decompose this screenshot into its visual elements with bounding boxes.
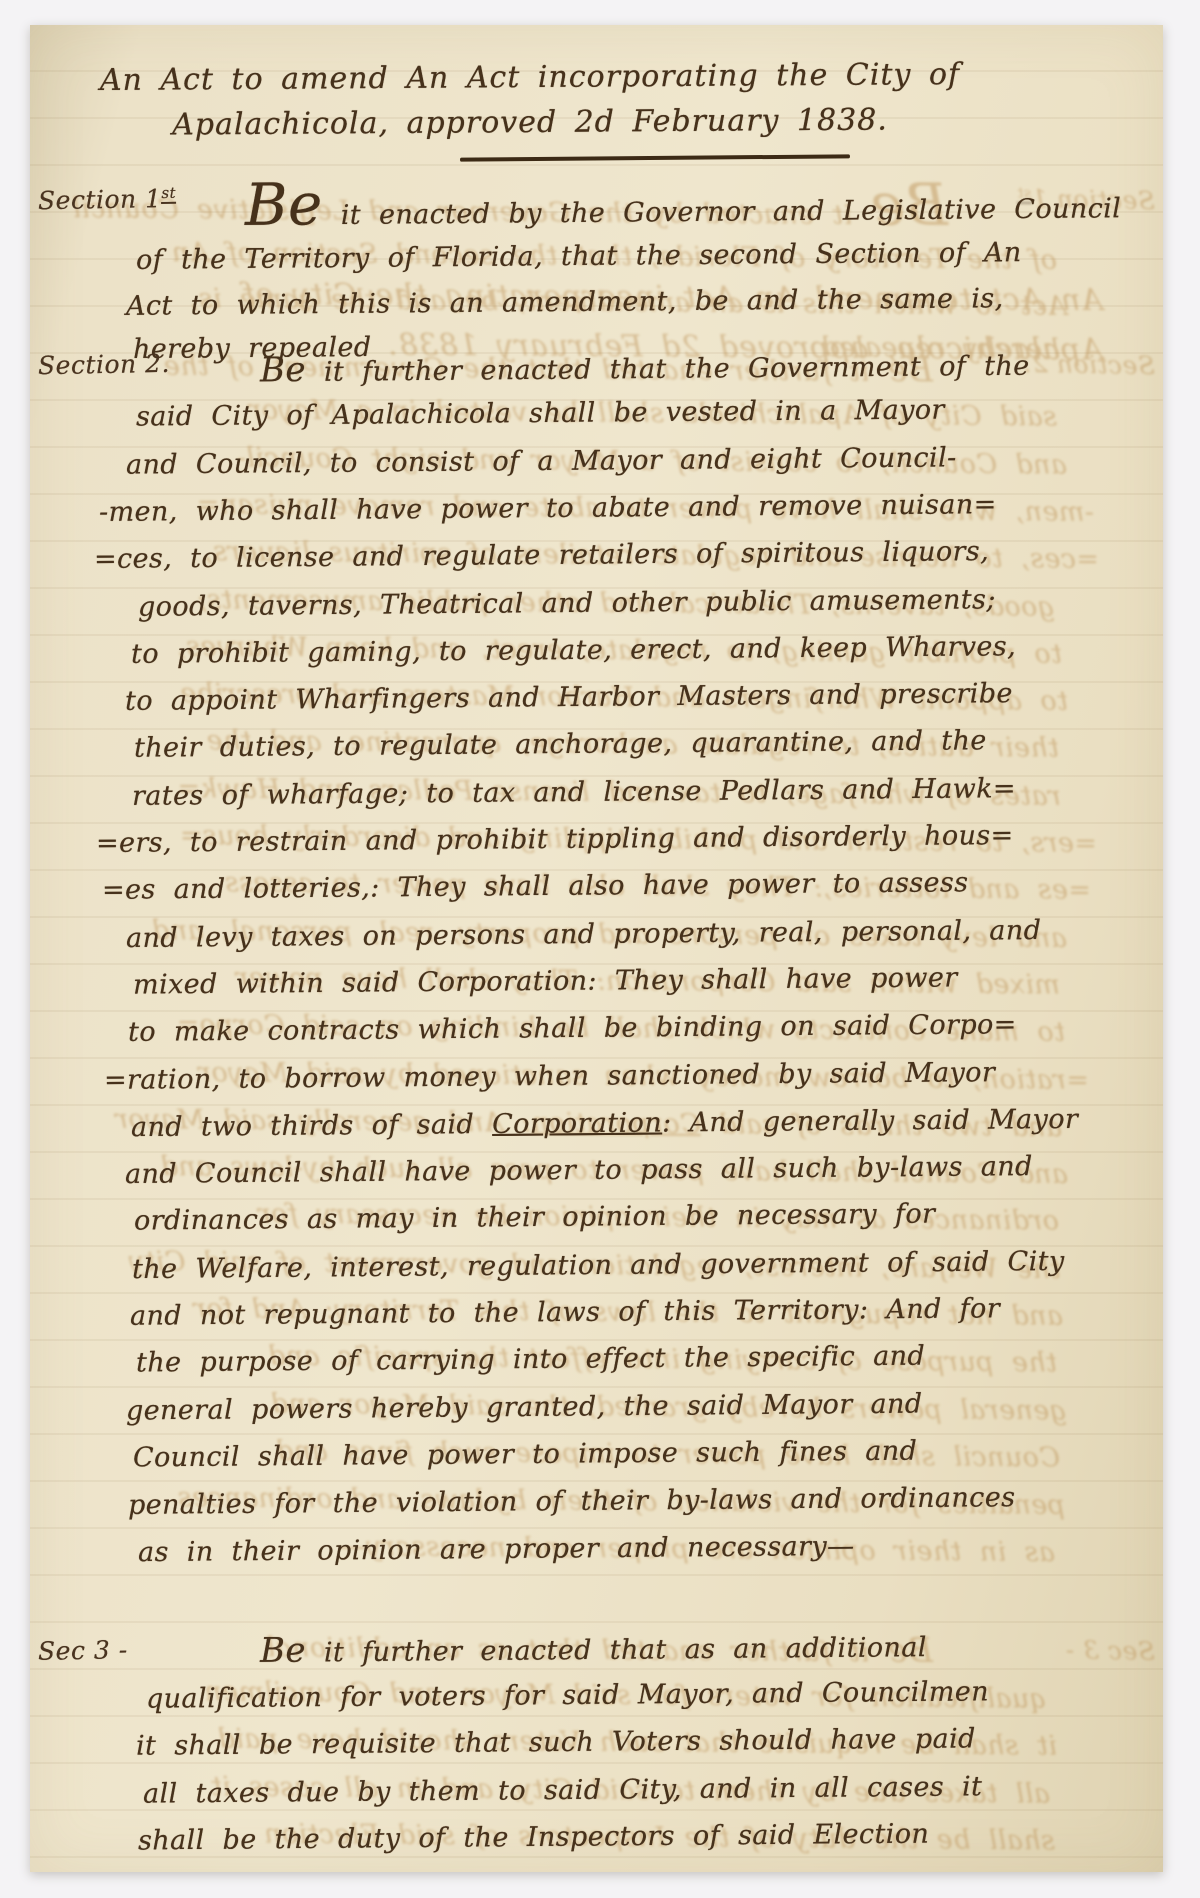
handwritten-line: Be it further enacted that as an additio…	[260, 1625, 927, 1674]
handwritten-line: of the Territory of Florida, that the se…	[136, 233, 1022, 281]
handwritten-line: it shall be requisite that such Voters s…	[136, 1719, 976, 1766]
title-line-2: Apalachicola, approved 2d February 1838.	[80, 97, 980, 148]
handwritten-line: the Welfare, interest, regulation and go…	[132, 1242, 1065, 1290]
document-title: An Act to amend An Act incorporating the…	[80, 55, 980, 145]
handwritten-line: and levy taxes on persons and property, …	[126, 911, 1042, 959]
scan-background: Section 1stBe it enacted by the Governor…	[0, 0, 1200, 1898]
title-line-1: An Act to amend An Act incorporating the…	[80, 52, 980, 103]
handwritten-line: and Council shall have power to pass all…	[125, 1147, 1033, 1195]
title-underline	[460, 154, 850, 161]
handwritten-line: and Council, to consist of a Mayor and e…	[126, 438, 957, 485]
flourished-initial: Be	[245, 170, 323, 239]
section-label: Section 1st	[38, 184, 177, 215]
handwritten-line: to make contracts which shall be binding…	[128, 1005, 1017, 1053]
handwritten-line: Council shall have power to impose such …	[133, 1431, 918, 1478]
handwritten-line: rates of wharfage; to tax and license Pe…	[132, 769, 1016, 817]
handwritten-line: =ces, to license and regulate retailers …	[94, 532, 989, 580]
handwritten-line: Be it further enacted that the Governmen…	[260, 344, 1030, 394]
handwritten-line: and two thirds of said Corporation: And …	[131, 1100, 1079, 1148]
handwritten-line: general powers hereby granted, the said …	[126, 1384, 923, 1431]
handwritten-line: said City of Apalachicola shall be veste…	[136, 391, 945, 438]
handwritten-line: qualification for voters for said Mayor,…	[146, 1672, 989, 1719]
section-label: Sec 3 -	[38, 1635, 128, 1666]
section-label: Sec 3 -	[1065, 1635, 1155, 1666]
handwritten-line: =ration, to borrow money when sanctioned…	[104, 1053, 996, 1101]
flourished-initial: Be	[260, 1631, 306, 1671]
handwritten-line: their duties, to regulate anchorage, qua…	[134, 722, 987, 769]
handwritten-line: the purpose of carrying into effect the …	[136, 1337, 925, 1384]
handwritten-line: to appoint Wharfingers and Harbor Master…	[125, 674, 1013, 722]
handwritten-line: goods, taverns, Theatrical and other pub…	[138, 580, 996, 627]
flourished-initial: Be	[260, 350, 306, 390]
handwritten-line: to prohibit gaming, to regulate, erect, …	[131, 627, 1016, 675]
section-label: Section 2.	[38, 349, 170, 380]
handwritten-line: as in their opinion are proper and neces…	[138, 1526, 855, 1572]
handwritten-line: and not repugnant to the laws of this Te…	[130, 1289, 1000, 1337]
manuscript-paper: Section 1stBe it enacted by the Governor…	[30, 25, 1163, 1872]
handwritten-line: -men, who shall have power to abate and …	[99, 485, 997, 533]
handwritten-line: penalties for the violation of their by-…	[128, 1478, 1016, 1526]
section-label: Section 2.	[1023, 349, 1155, 380]
handwritten-line: all taxes due by them to said City, and …	[143, 1767, 983, 1814]
handwritten-line: ordinances as may in their opinion be ne…	[134, 1195, 936, 1242]
handwritten-line: shall be the duty of the Inspectors of s…	[138, 1815, 930, 1862]
handwritten-line: mixed within said Corporation: They shal…	[133, 958, 958, 1005]
handwritten-line: Act to which this is an amendment, be an…	[126, 279, 1004, 327]
handwritten-line: =ers, to restrain and prohibit tippling …	[96, 816, 1014, 864]
handwritten-line: =es and lotteries,: They shall also have…	[102, 864, 969, 912]
handwritten-line: Be it enacted by the Governor and Legisl…	[245, 187, 1122, 237]
